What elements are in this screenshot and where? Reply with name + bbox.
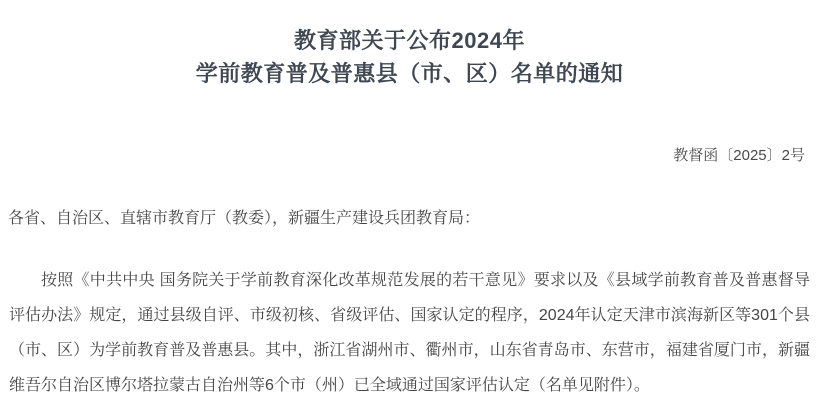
page-title-line-1: 教育部关于公布2024年 xyxy=(294,28,525,53)
body-paragraph: 按照《中共中央 国务院关于学前教育深化改革规范发展的若干意见》要求以及《县域学前… xyxy=(0,263,819,395)
notice-document: 教育部关于公布2024年 学前教育普及普惠县（市、区）名单的通知 教督函〔202… xyxy=(0,0,819,395)
page-title: 教育部关于公布2024年 学前教育普及普惠县（市、区）名单的通知 xyxy=(0,24,819,90)
page-title-line-2: 学前教育普及普惠县（市、区）名单的通知 xyxy=(196,61,624,86)
salutation-line: 各省、自治区、直辖市教育厅（教委），新疆生产建设兵团教育局： xyxy=(0,208,819,230)
document-number: 教督函〔2025〕2号 xyxy=(0,144,819,165)
